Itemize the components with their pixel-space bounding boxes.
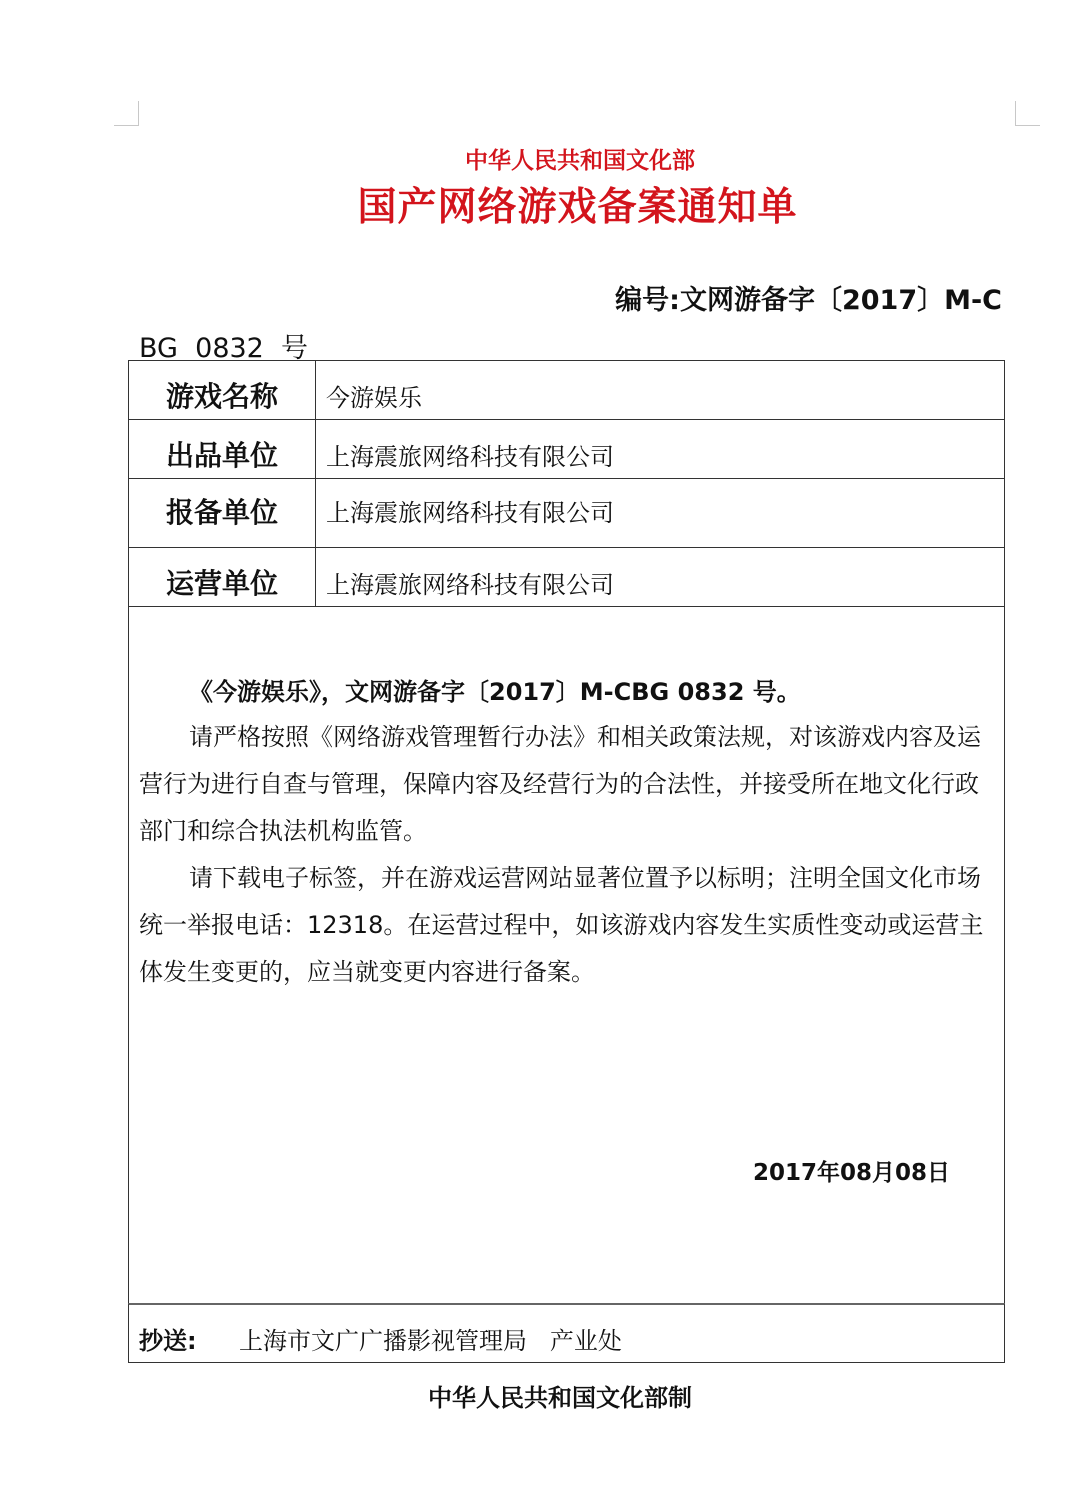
notice-heading: 《今游娱乐》，文网游备字〔2017〕M-CBG 0832 号。 (189, 669, 1049, 716)
row-label: 游戏名称 (129, 361, 316, 420)
notice-paragraph: 请下载电子标签，并在游戏运营网站显著位置予以标明；注明全国文化市场统一举报电话：… (139, 855, 999, 996)
row-label: 出品单位 (129, 420, 316, 479)
table-row-producer: 出品单位 上海震旅网络科技有限公司 (129, 420, 1005, 479)
document-title: 国产网络游戏备案通知单 (0, 176, 1080, 232)
info-table: 游戏名称 今游娱乐 出品单位 上海震旅网络科技有限公司 报备单位 上海震旅网络科… (128, 360, 1005, 607)
row-label: 报备单位 (129, 479, 316, 548)
footer-issuer: 中华人民共和国文化部制 (0, 1378, 1080, 1413)
issue-date: 2017年08月08日 (753, 1154, 950, 1187)
document-number-line1: 编号:文网游备字〔2017〕M-C (615, 278, 1002, 317)
cc-section: 抄送: 上海市文广广播影视管理局 产业处 (128, 1303, 1005, 1363)
row-label: 运营单位 (129, 548, 316, 607)
row-value: 今游娱乐 (316, 361, 1005, 420)
row-value: 上海震旅网络科技有限公司 (316, 420, 1005, 479)
cc-recipients: 上海市文广广播影视管理局 产业处 (239, 1321, 622, 1356)
table-row-operator: 运营单位 上海震旅网络科技有限公司 (129, 548, 1005, 607)
table-row-filer: 报备单位 上海震旅网络科技有限公司 (129, 479, 1005, 548)
issuing-organization: 中华人民共和国文化部 (0, 142, 1080, 175)
row-value: 上海震旅网络科技有限公司 (316, 548, 1005, 607)
cc-label: 抄送: (139, 1321, 197, 1356)
margin-corner-mark-left (114, 101, 139, 126)
notice-paragraph: 请严格按照《网络游戏管理暂行办法》和相关政策法规，对该游戏内容及运营行为进行自查… (139, 714, 999, 855)
row-value: 上海震旅网络科技有限公司 (316, 479, 1005, 548)
margin-corner-mark-right (1015, 101, 1040, 126)
notice-body: 《今游娱乐》，文网游备字〔2017〕M-CBG 0832 号。 请严格按照《网络… (128, 605, 1005, 1303)
table-row-game-name: 游戏名称 今游娱乐 (129, 361, 1005, 420)
